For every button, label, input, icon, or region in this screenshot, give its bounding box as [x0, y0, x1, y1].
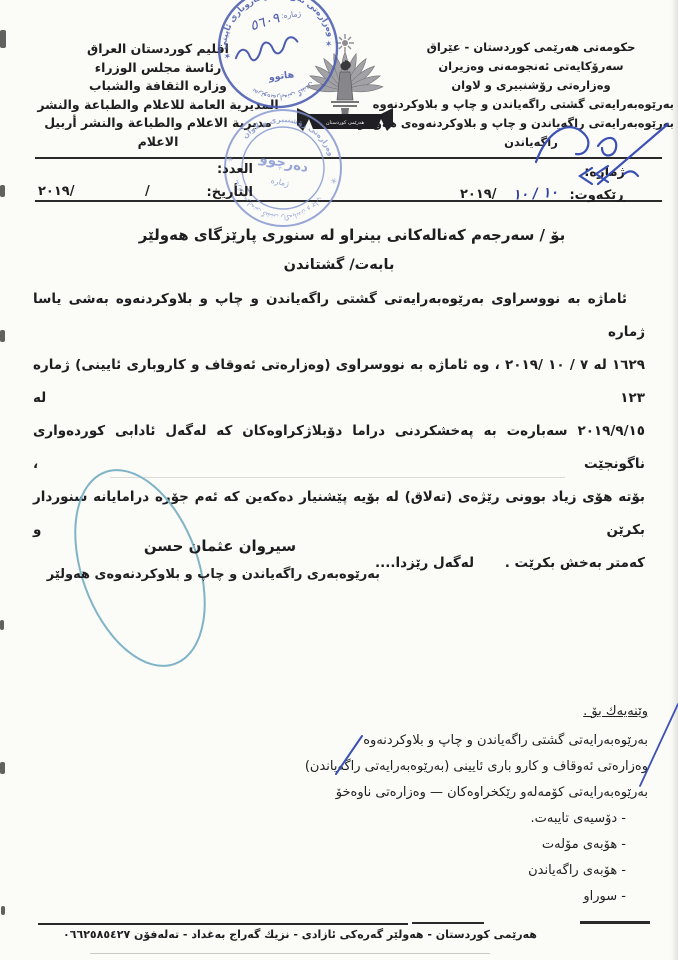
svg-text:بەرێوەبەرایەتی گشتی: بەرێوەبەرایەتی گشتی — [250, 79, 317, 104]
divider-rule — [35, 200, 662, 202]
signatory-title: بەرێوەبەری راگەیاندن و چاپ و بلاوكردنەوە… — [50, 567, 380, 582]
body-line: ئاماژە بە نووسراوی بەرێوەبەرایەتی گشتی ر… — [33, 283, 645, 349]
distribution-item: - دۆسیەی تایبەت. — [208, 806, 626, 832]
footer-rule — [412, 922, 484, 924]
letterhead-kurdish-line: بەرێوەبەرایەتی گشتی راگەیاندن و چاپ و بل… — [388, 95, 674, 114]
distribution-heading: وێنەیەك بۆ . — [208, 699, 648, 725]
distribution-item: - هۆبەی راگەیاندن — [208, 858, 626, 884]
subject-about-line: بابەت/ گشتاندن — [0, 257, 678, 273]
incoming-stamp-number-label: ژمارە: — [281, 9, 302, 20]
outgoing-stamp-org: وەزارەتی رۆشنبیری و لاوان — [239, 106, 342, 159]
footer-address: هەرێمی كوردستان - هەولێر گەرەكی ئازادی -… — [0, 928, 600, 941]
incoming-stamp-number-handwritten: ٥٦٠٩ — [248, 10, 282, 34]
date-year-kurdish: /٢٠١٩ — [460, 187, 497, 202]
subject-to-line: بۆ / سەرجەم كەنالەكانی بینراو لە سنوری پ… — [52, 226, 652, 244]
scan-artifact — [0, 620, 4, 630]
incoming-stamp-star: ✶ — [324, 39, 333, 50]
incoming-stamp: وەزارەتی ئەوقاف و كاروباری ئایینی بەرێوە… — [213, 0, 343, 113]
incoming-stamp-star: ✶ — [223, 52, 232, 63]
distribution-list: وێنەیەك بۆ . بەرێوەبەرایەتی گشتی راگەیان… — [208, 699, 648, 910]
letterhead-kurdish-line: وەزارەتی رۆشنبیری و لاوان — [388, 76, 674, 95]
date-label-arabic: التأريخ: — [207, 185, 253, 200]
scan-bottom-edge — [90, 953, 490, 954]
scan-artifact — [0, 762, 5, 774]
outgoing-stamp-star: ✳ — [329, 176, 338, 186]
letterhead-kurdish-line: حكومەتی هەرێمی كوردستان - عێراق — [388, 38, 674, 57]
handwritten-signature-stroke — [528, 116, 678, 200]
incoming-stamp-status: هاتوو — [267, 69, 295, 83]
footer-rule — [38, 923, 408, 925]
distribution-item: - سوراو — [208, 884, 626, 910]
distribution-item: وەزارەتی ئەوقاف و كارو باری ئایینی (بەرێ… — [208, 754, 648, 780]
outgoing-stamp-status: دەرچوو — [257, 150, 310, 176]
signatory-name: سیروان عثمان حسن — [95, 537, 345, 555]
number-label-arabic: العدد: — [217, 162, 253, 177]
pen-tick-stroke — [330, 730, 370, 780]
distribution-item: - هۆبەی مۆلەت — [208, 832, 626, 858]
scanned-letter-page: اقليم كوردستان العراق رئاسة مجلس الوزراء… — [0, 0, 678, 960]
svg-text:وەزارەتی رۆشنبیری و لاوان: وەزارەتی رۆشنبیری و لاوان — [239, 106, 342, 159]
body-closing-text: كەمتر بەخش بكرێت . — [505, 555, 645, 571]
scan-artifact — [1, 906, 5, 915]
distribution-item: بەرێوەبەرایەتی گشتی راگەیاندن و چاپ و بل… — [208, 728, 648, 754]
scan-artifact — [0, 30, 6, 48]
date-year-arabic: /٢٠١٩ — [38, 184, 75, 199]
closing-salutation: لەگەل رێزدا.... — [375, 555, 474, 571]
incoming-stamp-office: بەرێوەبەرایەتی گشتی — [250, 79, 317, 104]
scan-artifact — [0, 330, 5, 342]
incoming-stamp-handwritten-date-stroke — [234, 36, 299, 62]
footer-rule — [580, 921, 650, 924]
pen-tick-stroke — [636, 700, 678, 790]
letterhead-kurdish-line: سەرۆكایەتی ئەنجومەنی وەزیران — [388, 57, 674, 76]
date-slash: / — [145, 184, 150, 199]
distribution-item: بەرێوەبەرایەتی كۆمەلەو رێكخراوەكان — وەز… — [208, 780, 648, 806]
outgoing-stamp-number-label: ژمارە — [270, 176, 290, 189]
scan-artifact — [0, 185, 5, 197]
body-line: ١٦٢٩ لە ٧ / ١٠ /٢٠١٩ ، وە ئاماژە بە نووس… — [33, 349, 645, 415]
